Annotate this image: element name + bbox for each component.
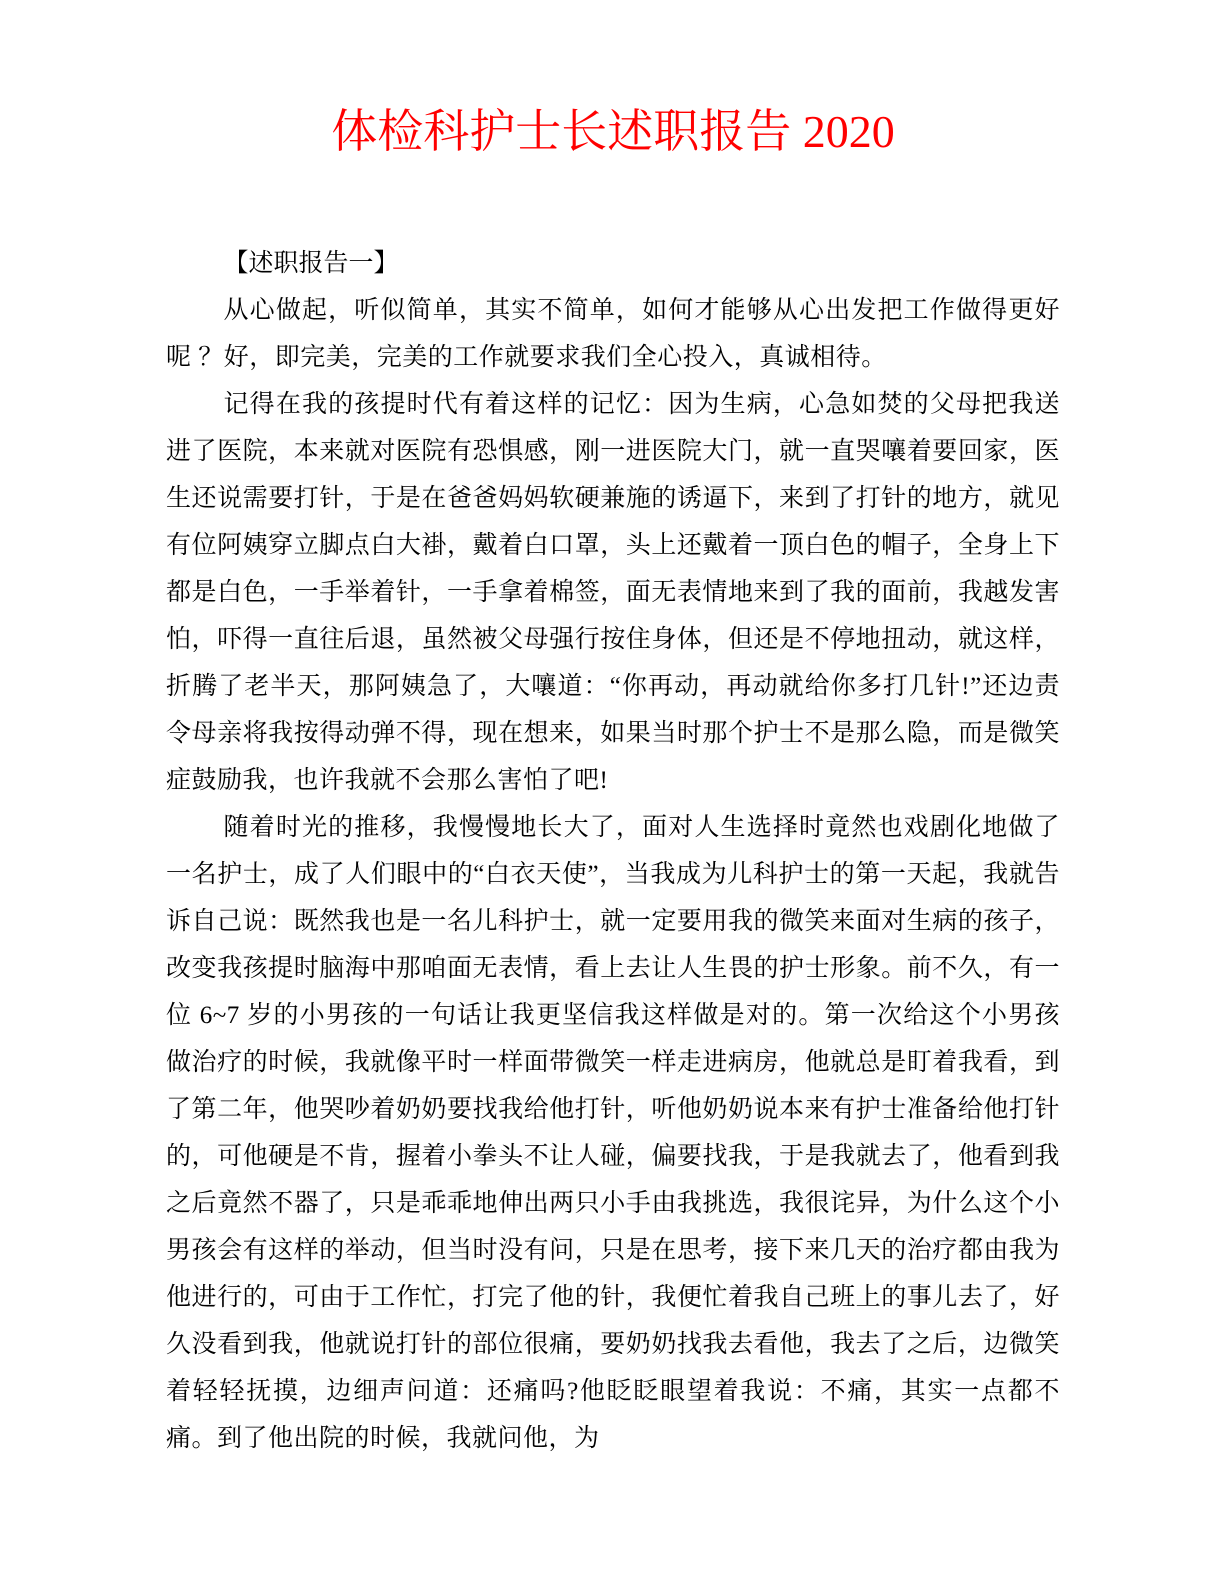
document-page: 体检科护士长述职报告 2020 【述职报告一】 从心做起，听似简单，其实不简单，… <box>0 0 1224 1584</box>
paragraph: 从心做起，听似简单，其实不简单，如何才能够从心出发把工作做得更好呢 ？好，即完美… <box>166 287 1060 381</box>
paragraph: 记得在我的孩提时代有着这样的记忆：因为生病，心急如焚的父母把我送进了医院，本来就… <box>166 381 1060 804</box>
document-body: 从心做起，听似简单，其实不简单，如何才能够从心出发把工作做得更好呢 ？好，即完美… <box>166 287 1060 1462</box>
paragraph: 随着时光的推移，我慢慢地长大了，面对人生选择时竟然也戏剧化地做了一名护士，成了人… <box>166 804 1060 1462</box>
document-title: 体检科护士长述职报告 2020 <box>166 96 1060 168</box>
section-header: 【述职报告一】 <box>166 240 1060 287</box>
